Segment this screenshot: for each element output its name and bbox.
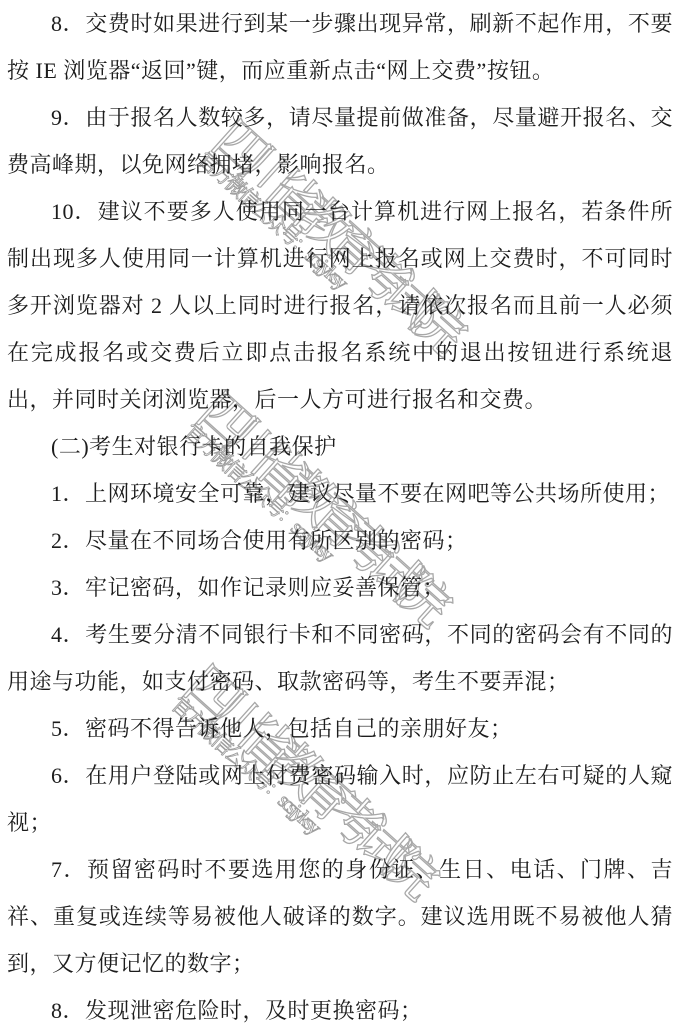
list-item-6: 6．在用户登陆或网上付费密码输入时，应防止左右可疑的人窥视； bbox=[7, 752, 673, 846]
paragraph-item-9: 9．由于报名人数较多，请尽量提前做准备，尽量避开报名、交费高峰期，以免网络拥堵，… bbox=[7, 94, 673, 188]
list-item-8: 8．发现泄密危险时，及时更换密码； bbox=[7, 987, 673, 1028]
list-item-5: 5．密码不得告诉他人，包括自己的亲朋好友； bbox=[7, 705, 673, 752]
document-body: 8．交费时如果进行到某一步骤出现异常，刷新不起作用，不要按 IE 浏览器“返回”… bbox=[0, 0, 680, 1028]
paragraph-item-10: 10．建议不要多人使用同一台计算机进行网上报名，若条件所制出现多人使用同一计算机… bbox=[7, 188, 673, 423]
list-item-2: 2．尽量在不同场合使用有所区别的密码； bbox=[7, 517, 673, 564]
list-item-1: 1．上网环境安全可靠，建议尽量不要在网吧等公共场所使用； bbox=[7, 470, 673, 517]
list-item-4: 4．考生要分清不同银行卡和不同密码，不同的密码会有不同的用途与功能，如支付密码、… bbox=[7, 611, 673, 705]
section-heading: (二)考生对银行卡的自我保护 bbox=[7, 423, 673, 470]
list-item-7: 7．预留密码时不要选用您的身份证、生日、电话、门牌、吉祥、重复或连续等易被他人破… bbox=[7, 846, 673, 987]
list-item-3: 3．牢记密码，如作记录则应妥善保管； bbox=[7, 564, 673, 611]
document-page: 四川省教育考试院 官方微信公众号：scsjyksy 四川省教育考试院 官方微信公… bbox=[0, 0, 680, 1028]
paragraph-item-8: 8．交费时如果进行到某一步骤出现异常，刷新不起作用，不要按 IE 浏览器“返回”… bbox=[7, 0, 673, 94]
